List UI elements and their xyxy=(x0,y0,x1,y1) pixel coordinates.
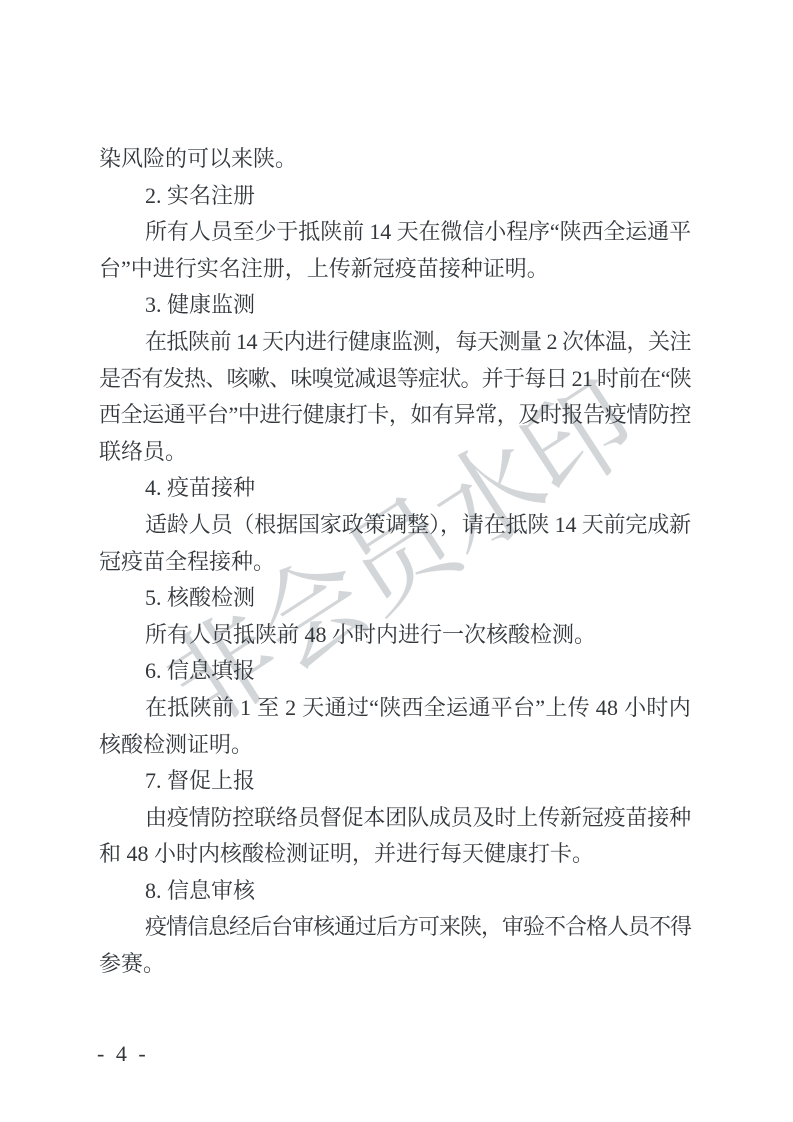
document-line-text: 参赛。 xyxy=(99,951,165,976)
document-line-text: 疫情信息经后台审核通过后方可来陕，审验不合格人员不得 xyxy=(145,914,691,939)
document-line: 西全运通平台”中进行健康打卡，如有异常，及时报告疫情防控 xyxy=(99,397,691,434)
document-line-text: 和 48 小时内核酸检测证明，并进行每天健康打卡。 xyxy=(99,841,594,866)
document-line-text: 是否有发热、咳嗽、味嗅觉减退等症状。并于每日 21 时前在“陕 xyxy=(99,366,691,391)
document-line-text: 核酸检测证明。 xyxy=(99,732,253,757)
document-line: 是否有发热、咳嗽、味嗅觉减退等症状。并于每日 21 时前在“陕 xyxy=(99,361,691,398)
document-line-text: 3. 健康监测 xyxy=(145,292,255,317)
document-line-text: 8. 信息审核 xyxy=(145,878,255,903)
document-line-text: 在抵陕前 1 至 2 天通过“陕西全运通平台”上传 48 小时内 xyxy=(145,695,691,720)
document-line: 5. 核酸检测 xyxy=(99,580,691,617)
document-line: 联络员。 xyxy=(99,434,691,471)
document-line: 在抵陕前 14 天内进行健康监测，每天测量 2 次体温，关注 xyxy=(99,324,691,361)
document-line: 7. 督促上报 xyxy=(99,763,691,800)
document-line: 3. 健康监测 xyxy=(99,287,691,324)
document-line-text: 7. 督促上报 xyxy=(145,768,255,793)
document-line-text: 由疫情防控联络员督促本团队成员及时上传新冠疫苗接种 xyxy=(145,805,691,830)
document-line-text: 适龄人员（根据国家政策调整），请在抵陕 14 天前完成新 xyxy=(145,512,691,537)
document-line: 参赛。 xyxy=(99,946,691,983)
document-line: 6. 信息填报 xyxy=(99,653,691,690)
page-number: - 4 - xyxy=(97,1041,149,1067)
document-line-text: 所有人员抵陕前 48 小时内进行一次核酸检测。 xyxy=(145,622,596,647)
document-line-text: 西全运通平台”中进行健康打卡，如有异常，及时报告疫情防控 xyxy=(99,402,691,427)
document-line: 8. 信息审核 xyxy=(99,873,691,910)
document-line-text: 5. 核酸检测 xyxy=(145,585,255,610)
document-line: 4. 疫苗接种 xyxy=(99,470,691,507)
document-line: 核酸检测证明。 xyxy=(99,727,691,764)
document-line-text: 在抵陕前 14 天内进行健康监测，每天测量 2 次体温，关注 xyxy=(145,329,691,354)
document-line-text: 4. 疫苗接种 xyxy=(145,475,255,500)
document-line-text: 冠疫苗全程接种。 xyxy=(99,549,275,574)
document-line-text: 染风险的可以来陕。 xyxy=(99,146,297,171)
document-line: 染风险的可以来陕。 xyxy=(99,141,691,178)
document-line: 和 48 小时内核酸检测证明，并进行每天健康打卡。 xyxy=(99,836,691,873)
document-line-text: 2. 实名注册 xyxy=(145,183,255,208)
document-line-text: 联络员。 xyxy=(99,439,187,464)
document-line: 2. 实名注册 xyxy=(99,178,691,215)
document-line: 冠疫苗全程接种。 xyxy=(99,544,691,581)
document-line-text: 所有人员至少于抵陕前 14 天在微信小程序“陕西全运通平 xyxy=(145,219,691,244)
document-page: 非会员水印 染风险的可以来陕。2. 实名注册所有人员至少于抵陕前 14 天在微信… xyxy=(0,0,793,1122)
document-line-text: 台”中进行实名注册，上传新冠疫苗接种证明。 xyxy=(99,256,549,281)
document-line: 所有人员抵陕前 48 小时内进行一次核酸检测。 xyxy=(99,617,691,654)
document-body: 染风险的可以来陕。2. 实名注册所有人员至少于抵陕前 14 天在微信小程序“陕西… xyxy=(99,141,691,983)
document-line-text: 6. 信息填报 xyxy=(145,658,255,683)
document-line: 由疫情防控联络员督促本团队成员及时上传新冠疫苗接种 xyxy=(99,800,691,837)
document-line: 疫情信息经后台审核通过后方可来陕，审验不合格人员不得 xyxy=(99,909,691,946)
document-line: 所有人员至少于抵陕前 14 天在微信小程序“陕西全运通平 xyxy=(99,214,691,251)
document-line: 台”中进行实名注册，上传新冠疫苗接种证明。 xyxy=(99,251,691,288)
document-line: 适龄人员（根据国家政策调整），请在抵陕 14 天前完成新 xyxy=(99,507,691,544)
document-line: 在抵陕前 1 至 2 天通过“陕西全运通平台”上传 48 小时内 xyxy=(99,690,691,727)
